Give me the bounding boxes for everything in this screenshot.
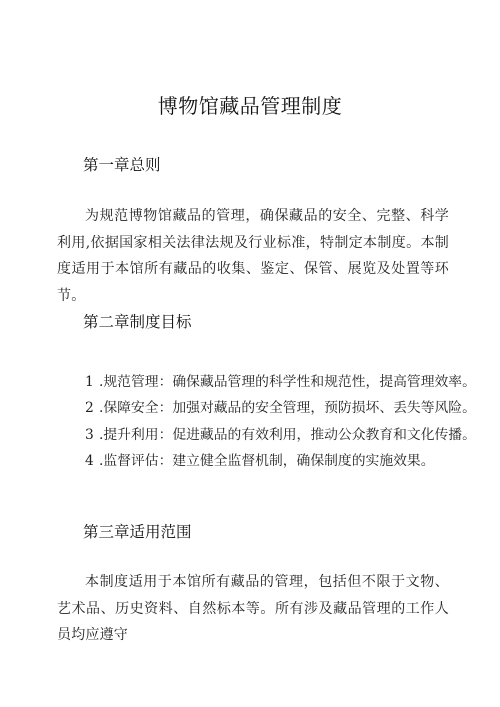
list-item: 3.提升利用：促进藏品的有效利用，推动公众教育和文化传播。 [85, 422, 475, 448]
list-item-number: 1 [85, 369, 99, 395]
chapter-3-paragraph: 本制度适用于本馆所有藏品的管理，包括但不限于文物、艺术品、历史资料、自然标本等。… [57, 569, 449, 649]
list-item-text: .监督评估：建立健全监督机制，确保制度的实施效果。 [99, 453, 435, 469]
list-item-number: 4 [85, 448, 99, 474]
list-item-number: 2 [85, 395, 99, 421]
chapter-1-heading: 第一章总则 [83, 154, 161, 176]
list-item-number: 3 [85, 422, 99, 448]
list-item: 4.监督评估：建立健全监督机制，确保制度的实施效果。 [85, 448, 475, 474]
document-title: 博物馆藏品管理制度 [0, 92, 500, 120]
list-item-text: .提升利用：促进藏品的有效利用，推动公众教育和文化传播。 [99, 427, 476, 443]
objectives-list: 1.规范管理：确保藏品管理的科学性和规范性，提高管理效率。 2.保障安全：加强对… [85, 369, 475, 474]
chapter-3-heading: 第三章适用范围 [83, 521, 192, 543]
list-item: 1.规范管理：确保藏品管理的科学性和规范性，提高管理效率。 [85, 369, 475, 395]
list-item: 2.保障安全：加强对藏品的安全管理，预防损坏、丢失等风险。 [85, 395, 475, 421]
chapter-1-paragraph: 为规范博物馆藏品的管理，确保藏品的安全、完整、科学利用,依据国家相关法律法规及行… [57, 203, 449, 309]
list-item-text: .规范管理：确保藏品管理的科学性和规范性，提高管理效率。 [99, 374, 476, 390]
chapter-2-heading: 第二章制度目标 [83, 311, 192, 333]
list-item-text: .保障安全：加强对藏品的安全管理，预防损坏、丢失等风险。 [99, 400, 476, 416]
document-page: 博物馆藏品管理制度 第一章总则 为规范博物馆藏品的管理，确保藏品的安全、完整、科… [0, 0, 500, 707]
